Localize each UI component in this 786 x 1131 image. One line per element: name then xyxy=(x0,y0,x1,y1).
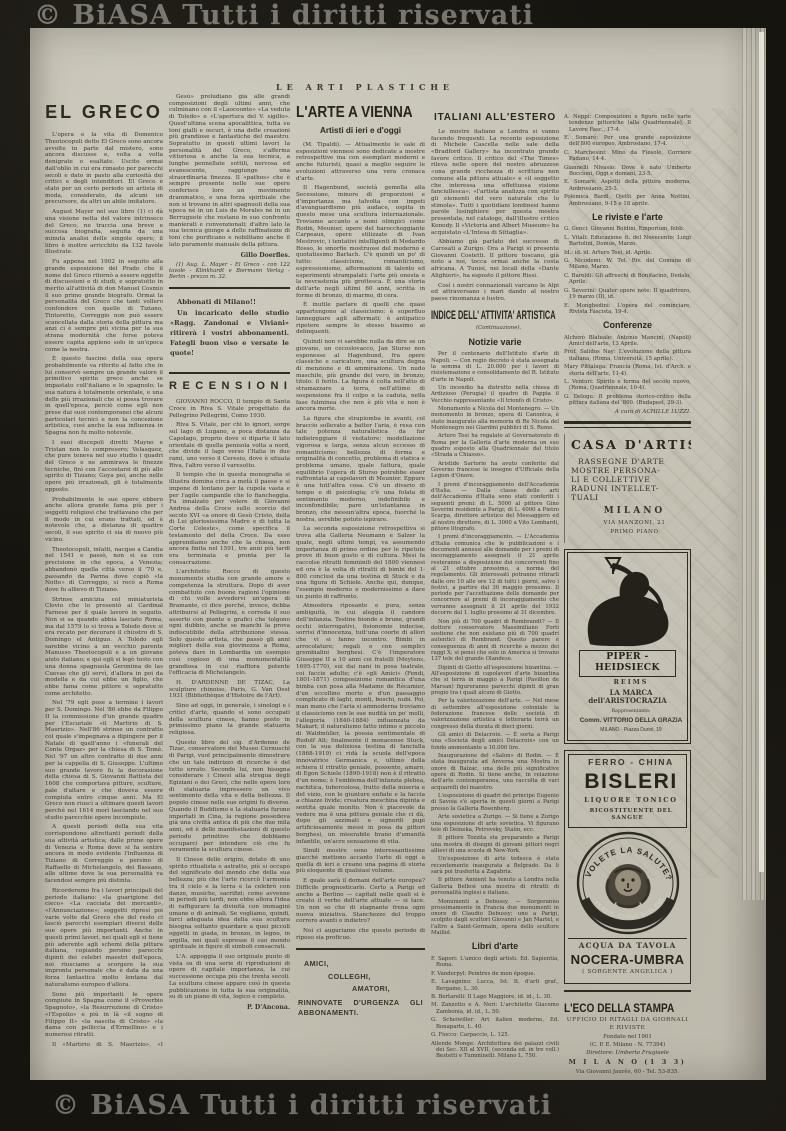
newspaper-page: LE ARTI PLASTICHE EL GRECO L'opera e la … xyxy=(30,28,766,1080)
news-item: Arturo Tosi ha regalato al Governatorato… xyxy=(431,433,559,458)
news-item: Arte sovietica a Zurigo. — Si tiene a Zu… xyxy=(431,814,559,833)
screenshot-root: { "watermark": "© BiASA Tutti i diritti … xyxy=(0,0,786,1131)
column-vienna: L'ARTE A VIENNA Artisti di ieri e d'oggi… xyxy=(296,104,425,1044)
news-item: Monumento a Nicola del Montenegro. — Un … xyxy=(431,406,559,431)
abbonati-body: Un incaricato dello studio «Ragg. Zandon… xyxy=(170,309,289,358)
paragraph: Il tempio che in questa monografia si il… xyxy=(169,472,290,566)
heavy-rule xyxy=(169,372,290,375)
piper-tagline: LA MARCA dell'ARISTOCRAZIA xyxy=(570,689,685,706)
eco-registration: (C. P. E. Milano - N. 77394) xyxy=(564,1042,691,1048)
paragraph: Simili mostre sono interessantissime gia… xyxy=(296,848,425,875)
news-item: Monumenti a Debussy. — Sorgeranno prossi… xyxy=(431,899,559,937)
paragraph: Abbiamo già parlato del successo di Caro… xyxy=(431,239,559,279)
paragraph: H. D'ARDENNE DE TIZAC, La sculpture chin… xyxy=(169,680,290,700)
news-item: Per la valorizzazione dell'arte. — Nel m… xyxy=(431,698,559,729)
paragraph: Così i nostri connazionali varcano le Al… xyxy=(431,283,559,303)
eco-subtitle: UFFICIO DI RITAGLI DA GIORNALI xyxy=(564,1017,691,1024)
book-item: G. Scheiwiller: Art italien moderne, Ed.… xyxy=(431,1017,559,1030)
piper-silhouette-figure xyxy=(576,556,680,648)
news-item: Non più di 700 quadri di Rembrandt? — Il… xyxy=(431,619,559,663)
paragraph: Le mostre italiane a Londra si vanno fac… xyxy=(431,129,559,237)
piper-ad-frame: PIPER - HEIDSIECK REIMS LA MARCA dell'AR… xyxy=(567,552,688,741)
paragraph: Atmosfera riposante e pura, senza ambigu… xyxy=(296,603,425,845)
abbonati-title: Abbonati di Milano!! xyxy=(170,298,289,306)
eco-title: L'ECO DELLA STAMPA xyxy=(564,1001,671,1015)
news-item: Aristide Sartorio ha avuto conferite dal… xyxy=(431,461,559,480)
nocera-brand: NOCERA-UMBRA xyxy=(568,952,687,967)
author-signature: Gillo Doerfles. xyxy=(169,252,290,259)
bisleri-lion-illustration: VOLETE LA SALUTE? FERRO-CHINA BISLERI xyxy=(569,829,687,937)
footnote: (1) Aug. L. Mayer - El Greco - con 122 t… xyxy=(169,262,290,281)
heavy-rule xyxy=(296,948,425,951)
bisleri-line2: LIQUORE TONICO xyxy=(569,797,686,805)
eco-founded: Fondato nel 1901 xyxy=(564,1034,691,1040)
paragraph: Noi ci auguriamo che questo periodo di r… xyxy=(296,928,425,941)
italiani-body: Le mostre italiane a Londra si vanno fac… xyxy=(431,129,559,303)
conference-item: Prof. Salidos Nay: L'evoluzione della pi… xyxy=(564,349,691,362)
paragraph: Sono più importanti le opere compiute in… xyxy=(45,992,163,1039)
elgreco-body-right: Gesù» preludiano già alle grandi composi… xyxy=(169,94,290,249)
book-item: F. Vanderpyl: Peintres de mon époque. xyxy=(431,971,559,977)
news-item: Per il centenario dell'Istituto d'arte d… xyxy=(431,351,559,382)
casa-dartisti-address: VIA MANZONI, 21 xyxy=(571,520,691,527)
press-item: A. Neppi: Composizioni e figure nelle va… xyxy=(564,114,691,133)
conference-item: L. Venturi: Spirito e forma del secolo n… xyxy=(564,379,691,392)
nocera-umbra-section: ACQUA DA TAVOLA NOCERA-UMBRA ( SORGENTE … xyxy=(568,938,687,980)
article-title-el-greco: EL GRECO xyxy=(45,102,163,123)
review-item: C. Baroldi: Gli affreschi di Bonifacino,… xyxy=(564,273,691,286)
casa-dartisti-floor: PRIMO PIANO xyxy=(571,529,691,536)
conference-item: G. Delogu: Il problema storico-critico d… xyxy=(564,394,691,407)
news-item: I premi d'incoraggiamento. — L'Accademia… xyxy=(431,534,559,616)
riviste-arte-items: G. Genci: Giovanni Boldini, Emporium, fe… xyxy=(564,226,691,315)
review-item: G. Severini: Quater opere note: Il quadr… xyxy=(564,288,691,301)
piper-rep-label: Rappresentante: xyxy=(570,709,685,714)
news-item: Gli amici di Delacroix. — È sorta a Pari… xyxy=(431,732,559,751)
recensioni-body: GIOVANNI ROCCO, Il tempio di Santa Croce… xyxy=(169,399,290,1001)
paragraph: Riva S. Vitale, per chi lo ignori, sorge… xyxy=(169,422,290,469)
press-item: E. Somaré: Per una grande esposizione de… xyxy=(564,135,691,148)
column-notizie: ITALIANI ALL'ESTERO Le mostre italiane a… xyxy=(431,112,559,1057)
heavy-rule xyxy=(169,287,290,290)
news-item: Inaugurazione del «Salon» di Rodin. — È … xyxy=(431,753,559,791)
paragraph: Sino ad oggi, in generale, i sinologi e … xyxy=(169,703,290,737)
piper-city: REIMS xyxy=(570,679,685,687)
article-title-vienna: L'ARTE A VIENNA xyxy=(296,104,410,122)
book-item: E. Lavagnino: Lucca, Ist. It. d'arti gra… xyxy=(431,979,559,992)
abbonati-notice-box: Abbonati di Milano!! Un incaricato dello… xyxy=(169,295,290,365)
subsection-title-notizie-varie: Notizie varie xyxy=(431,337,559,348)
review-item: Id.: id. id. Arturo Tosi, id. Aprile. xyxy=(564,250,691,256)
subsection-title-riviste-arte: Le riviste e l'arte xyxy=(564,212,691,223)
column-right-ads: A. Neppi: Composizioni e figure nelle va… xyxy=(564,114,691,1074)
press-item: Giannelli Nivasio: Dove è nato Umberto B… xyxy=(564,165,691,178)
book-item: M. Zanzotto e A. Neri: L'architetto Giac… xyxy=(431,1002,559,1015)
news-item: Dipinti di Giotto all'esposizione bizant… xyxy=(431,665,559,696)
paragraph: A questi periodi della sua vita corrispo… xyxy=(45,824,163,884)
paragraph: (M. Tipaldi). — Attualmente le sale di e… xyxy=(296,142,425,182)
amici-line: AMICI, xyxy=(304,960,423,968)
piper-representative: Comm. VITTORIO DELLA GRAZIA xyxy=(570,717,685,725)
article-subtitle-vienna: Artisti di ieri e d'oggi xyxy=(296,126,425,136)
news-item: Un'esposizione di arte tedesca è stata r… xyxy=(431,856,559,875)
paragraph: Il «Martirio di S. Maurizio», «I funeral… xyxy=(45,1042,163,1047)
eco-della-stampa-ad: L'ECO DELLA STAMPA UFFICIO DI RITAGLI DA… xyxy=(564,998,691,1074)
paragraph: L'architetto Rocco di questo monumento s… xyxy=(169,569,290,677)
conference-item: Mary Pittaluga: Francia (Roma, Ist. d'Ar… xyxy=(564,364,691,377)
paragraph: Nel '79 egli pose a termine i lavori per… xyxy=(45,700,163,821)
news-item: L'esposizione di quadri del principe Eug… xyxy=(431,793,559,812)
heavy-double-rule xyxy=(564,421,691,427)
paragraph: GIOVANNI ROCCO, Il tempio di Santa Croce… xyxy=(169,399,290,419)
paragraph: E quale sarà il domani dell'arte europea… xyxy=(296,878,425,925)
news-item: Un incendio ha distrutto nella chiesa di… xyxy=(431,385,559,404)
casa-dartisti-ad: CASA D'ARTISTI RASSEGNE D'ARTE MOSTRE PE… xyxy=(564,434,691,543)
paragraph: La figura che strapiomba in avanti, col … xyxy=(296,416,425,524)
paragraph: L'A. appoggia il suo originale punto di … xyxy=(169,954,290,1001)
review-item: G. Nicodemi: W. Tel. Riv. del Comune di … xyxy=(564,258,691,271)
book-item: Allende Monge: Architettura dei palazzi … xyxy=(431,1041,559,1057)
section-header: LE ARTI PLASTICHE xyxy=(270,82,460,92)
vienna-body: (M. Tipaldi). — Attualmente le sale di e… xyxy=(296,142,425,942)
paragraph: Quindi non vi sarebbe nulla da dire se u… xyxy=(296,339,425,413)
amici-line: AMATORI, xyxy=(352,985,423,993)
elgreco-body-left: L'opera e la vita di Domenico Theotocopu… xyxy=(45,132,163,1047)
paragraph: Probabilmente le sue opere ebbero anche … xyxy=(45,497,163,544)
watermark-top: © BiASA Tutti i diritti riservati xyxy=(34,0,534,31)
nocera-line2: ( SORGENTE ANGELICA ) xyxy=(568,969,687,976)
conferenze-items: Alcherò Blateale: Antonio Mancini, (Napo… xyxy=(564,335,691,407)
review-item: L. Vitali: Educazione it. del Novecento:… xyxy=(564,235,691,248)
press-item: C. Marchesini: Mino da Fiesole, Corriere… xyxy=(564,150,691,163)
section-title-indice-attivita: INDICE DELL' ATTIVITA' ARTISTICA xyxy=(431,310,513,324)
paragraph: August Mayer nel suo libro (1) ci dà una… xyxy=(45,209,163,256)
page-edge-highlight xyxy=(759,32,764,872)
news-item: Il pittore Tozzita sta preparando a Pari… xyxy=(431,835,559,854)
bisleri-line1: FERRO - CHINA xyxy=(569,757,686,767)
watermark-bottom: © BiASA Tutti i diritti riservati xyxy=(52,1090,552,1121)
libri-darte-items: F. Sapori: L'amico degli artisti. Ed. Sa… xyxy=(431,956,559,1057)
press-item: Polemica Bardi, Ojetti per Anna Nottini,… xyxy=(564,194,691,207)
page-edge-lines xyxy=(742,28,766,900)
subsection-title-conferenze: Conferenze xyxy=(564,320,691,331)
bisleri-nocera-ad: FERRO - CHINA BISLERI LIQUORE TONICO RIC… xyxy=(564,750,691,985)
notizie-varie-items: Per il centenario dell'Istituto d'arte d… xyxy=(431,351,559,936)
paragraph: I suoi discepoli diretti Mayno e Tristan… xyxy=(45,440,163,494)
amici-line: COLLEGHI, xyxy=(328,973,423,981)
paragraph: Theotocopuli, infatti, nacque a Candia n… xyxy=(45,547,163,594)
paragraph: Ricorderemo fra i lavori principali del … xyxy=(45,888,163,989)
giornali-arte-items-continued: A. Neppi: Composizioni e figure nelle va… xyxy=(564,114,691,207)
paragraph: Il Hagenbund, società gemella alla Seces… xyxy=(296,185,425,299)
news-item: Il pittore Annient ha tenuto a Londra ne… xyxy=(431,877,559,896)
review-item: G. Genci: Giovanni Boldini, Emporium, fe… xyxy=(564,226,691,232)
section-title-italiani-estero: ITALIANI ALL'ESTERO xyxy=(431,112,559,124)
author-signature: P. D'Ancona. xyxy=(169,1004,290,1011)
press-item: E. Somaré: Aspetti della pittura moderna… xyxy=(564,179,691,192)
paragraph: Questo libro del sig. d'Ardenne de Tizac… xyxy=(169,740,290,854)
paragraph: È inutile parlare di quelli che quasi ap… xyxy=(296,302,425,336)
paragraph: Strinse amicizia col miniaturista Clovio… xyxy=(45,597,163,698)
section-title-recensioni: RECENSIONI xyxy=(169,380,290,393)
casa-dartisti-title: CASA D'ARTISTI xyxy=(571,438,691,453)
book-item: F. Sapori: L'amico degli artisti. Ed. Sa… xyxy=(431,956,559,969)
eco-subtitle2: E RIVISTE xyxy=(564,1025,691,1032)
paragraph: La seconda esposizione retrospettiva si … xyxy=(296,526,425,600)
paragraph: È questo fascino della sua opera probabi… xyxy=(45,356,163,437)
bisleri-brand: BISLERI xyxy=(569,770,686,795)
amici-appeal-box: AMICI, COLLEGHI, AMATORI, RINNOVATE D'UR… xyxy=(296,956,425,1027)
subsection-title-libri-darte: Libri d'arte xyxy=(431,941,559,952)
bisleri-line3: RICOSTITUENTE DEL SANGUE xyxy=(569,808,686,821)
amici-call: RINNOVATE D'URGENZA GLI ABBONAMENTI. xyxy=(298,998,423,1020)
piper-heidsieck-ad: PIPER - HEIDSIECK REIMS LA MARCA dell'AR… xyxy=(564,549,691,744)
book-item: B. Bertarelli: Il Lago Maggiore, id. id.… xyxy=(431,994,559,1000)
casa-dartisti-services: RASSEGNE D'ARTE MOSTRE PERSONA- LI E COL… xyxy=(571,458,691,503)
column-elgreco-left: EL GRECO L'opera e la vita di Domenico T… xyxy=(45,102,163,1047)
piper-rep-address: MILANO - Piazza Durini, 19 xyxy=(570,728,685,734)
eco-address: Via Giovanni Jaurès, 60 - Tel. 53-835. xyxy=(564,1069,691,1074)
casa-dartisti-city: MILANO xyxy=(571,506,691,517)
conference-item: Alcherò Blateale: Antonio Mancini, (Napo… xyxy=(564,335,691,348)
bisleri-header: FERRO - CHINA BISLERI LIQUORE TONICO RIC… xyxy=(568,754,687,829)
news-item: I premi d'incoraggiamento dell'Accademia… xyxy=(431,482,559,532)
paragraph: Il Cinese delle origini, dotato di uno s… xyxy=(169,857,290,951)
eco-city: M I L A N O (1 3 3) xyxy=(564,1059,691,1067)
paragraph: Fu appena nel 1902 in seguito alla grand… xyxy=(45,259,163,353)
curator-credit: A cura di ACHILLE LUZZI. xyxy=(564,409,691,416)
piper-brand: PIPER - HEIDSIECK xyxy=(579,650,675,677)
column-elgreco-right: Gesù» preludiano già alle grandi composi… xyxy=(169,94,290,1044)
nocera-line1: ACQUA DA TAVOLA xyxy=(568,942,687,951)
rule xyxy=(564,990,691,991)
paragraph: L'opera e la vita di Domenico Theotocopu… xyxy=(45,132,163,206)
continuation-note: (Continuazione). xyxy=(431,325,559,331)
paragraph: Gesù» preludiano già alle grandi composi… xyxy=(169,94,290,249)
eco-director: Direttore: Umberto Frugiuele xyxy=(564,1050,691,1056)
review-item: E. Monghedini: L'opera del cominciare, R… xyxy=(564,303,691,316)
book-item: G. Fiocco: Carpaccio, L. 125. xyxy=(431,1032,559,1038)
